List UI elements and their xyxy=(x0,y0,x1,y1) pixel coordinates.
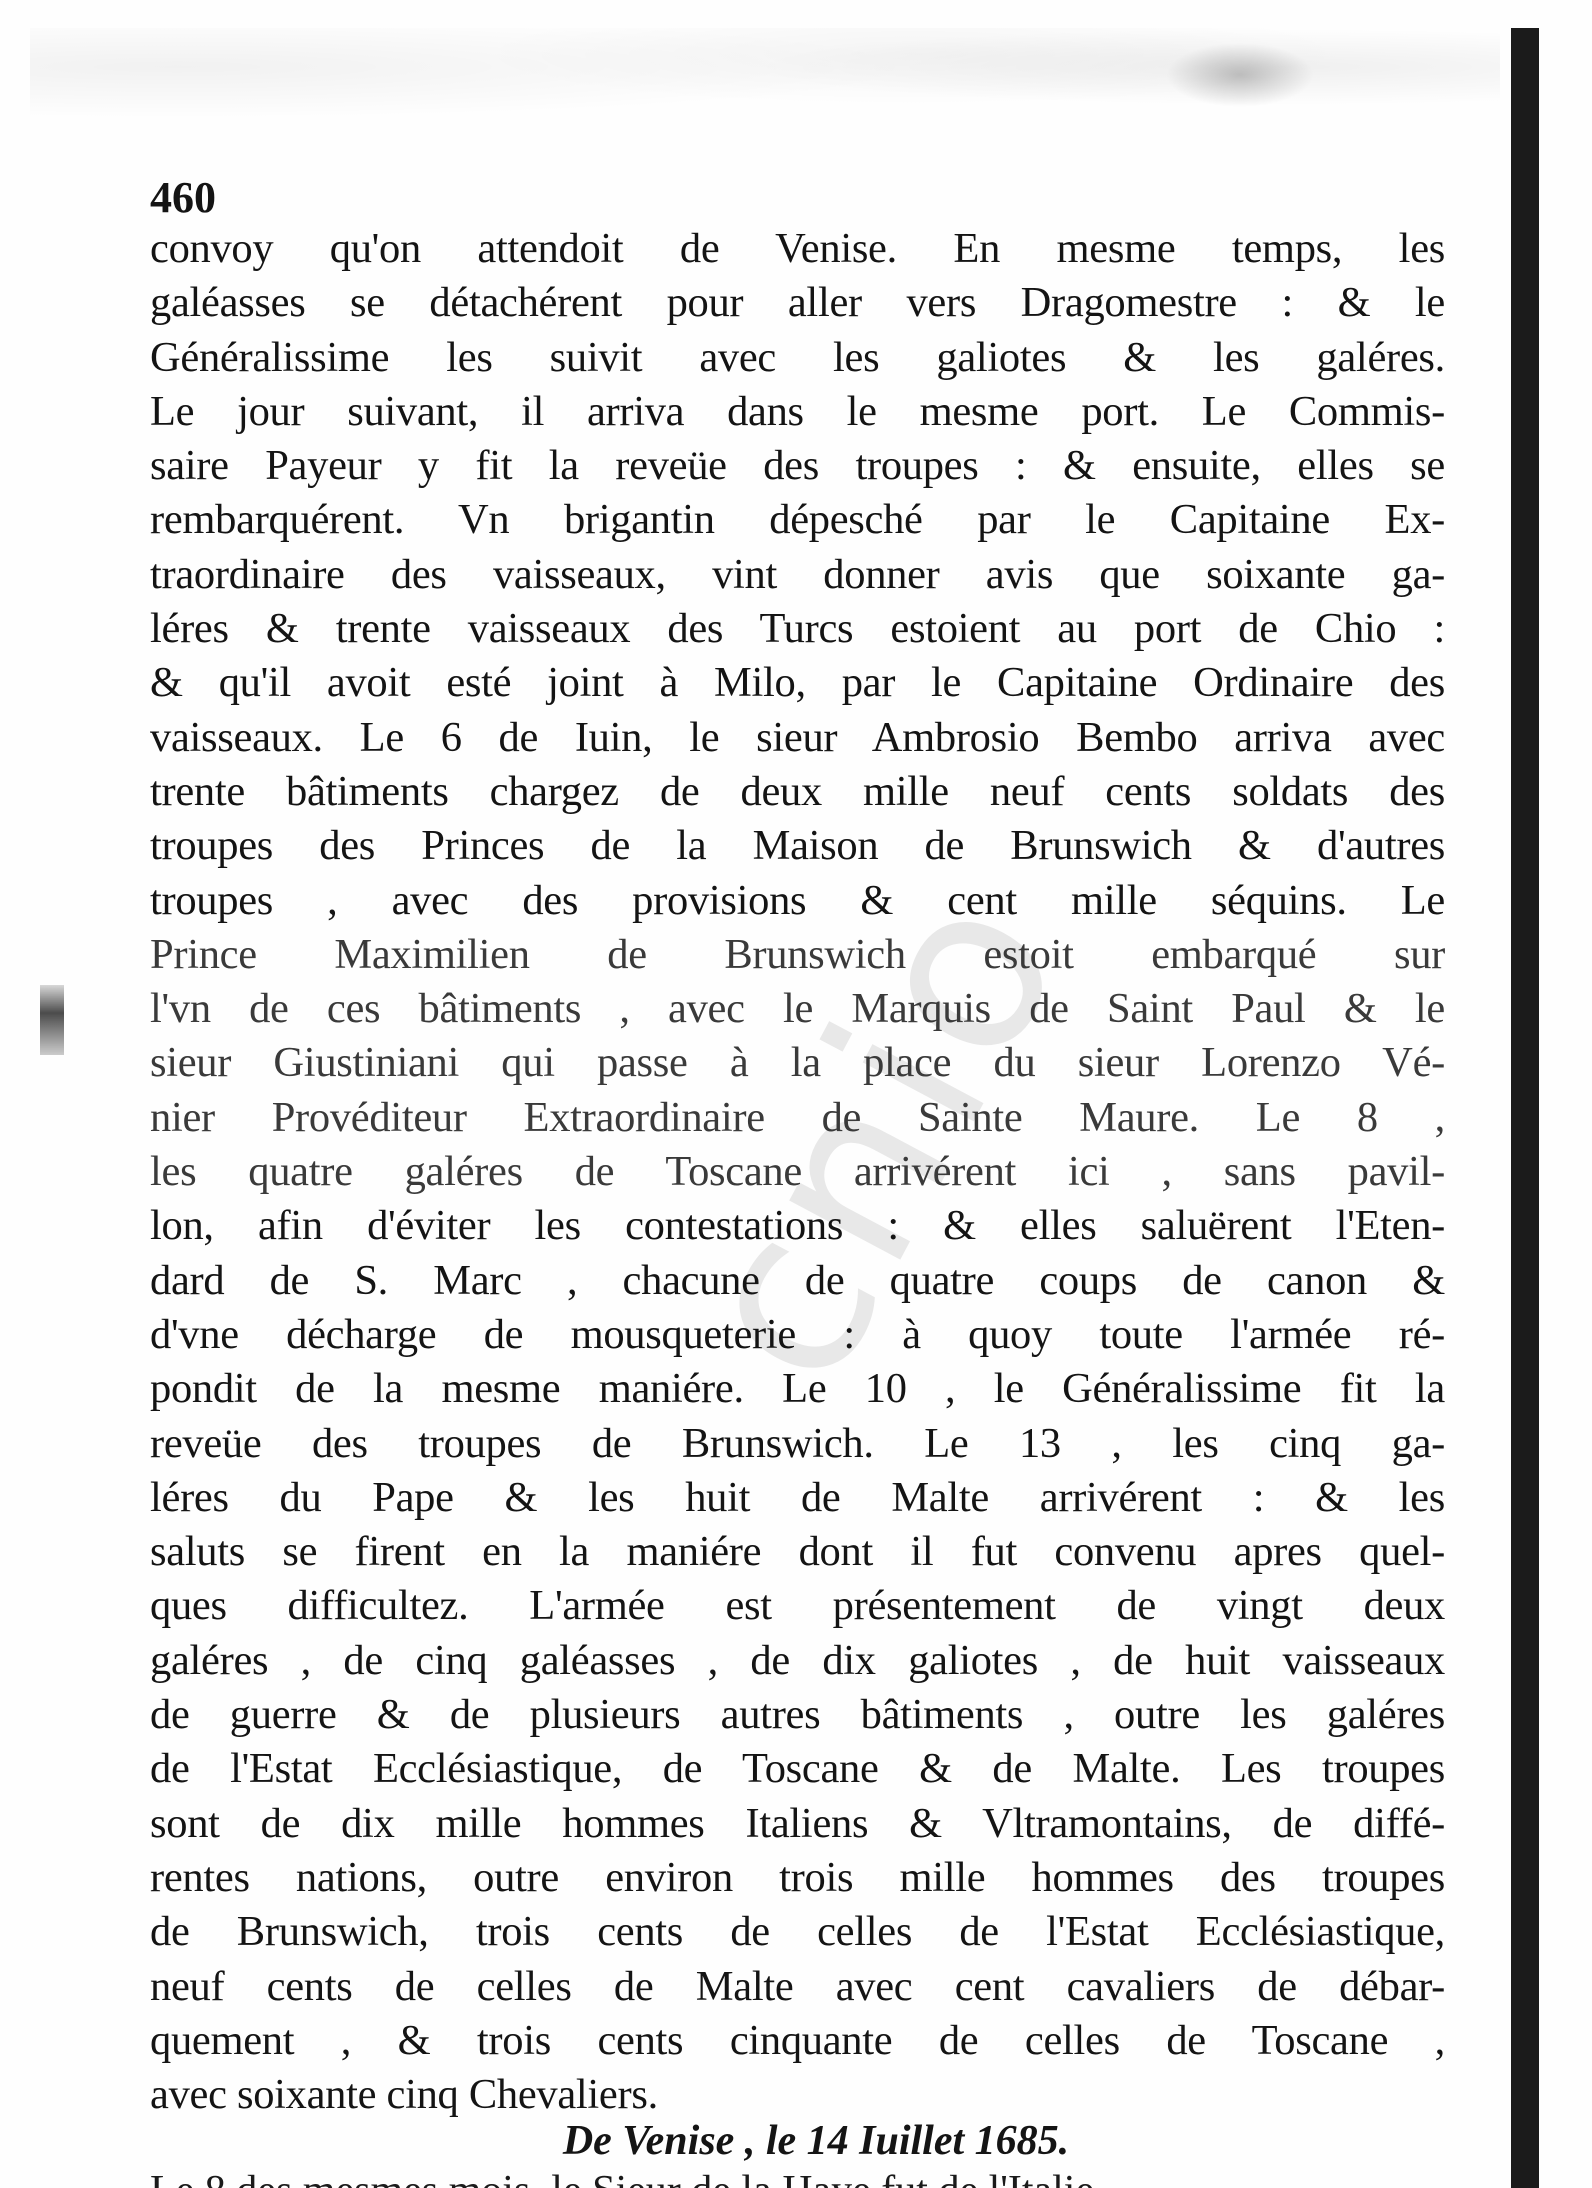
text-line: Prince Maximilien de Brunswich estoit em… xyxy=(150,928,1445,982)
text-line: traordinaire des vaisseaux, vint donner … xyxy=(150,548,1445,602)
text-line: troupes , avec des provisions & cent mil… xyxy=(150,874,1445,928)
text-line: d'vne décharge de mousqueterie : à quoy … xyxy=(150,1308,1445,1362)
text-line: reveüe des troupes de Brunswich. Le 13 ,… xyxy=(150,1417,1445,1471)
page-number: 460 xyxy=(150,176,216,220)
scanned-page: cnio 460 convoy qu'on attendoit de Venis… xyxy=(0,0,1592,2188)
text-line: Généralissime les suivit avec les galiot… xyxy=(150,331,1445,385)
text-line: lon, afin d'éviter les contestations : &… xyxy=(150,1199,1445,1253)
text-line: trente bâtiments chargez de deux mille n… xyxy=(150,765,1445,819)
cutoff-text-line: Le 8 des mesmes mois, le Sieur de la Hay… xyxy=(150,2170,1445,2188)
text-line: saluts se firent en la maniére dont il f… xyxy=(150,1525,1445,1579)
page-edge-border xyxy=(1511,28,1539,2188)
text-line: quement , & trois cents cinquante de cel… xyxy=(150,2014,1445,2068)
text-line: galéres , de cinq galéasses , de dix gal… xyxy=(150,1634,1445,1688)
text-line: léres du Pape & les huit de Malte arrivé… xyxy=(150,1471,1445,1525)
text-line: neuf cents de celles de Malte avec cent … xyxy=(150,1960,1445,2014)
text-line: rembarquérent. Vn brigantin dépesché par… xyxy=(150,493,1445,547)
text-line: sieur Giustiniani qui passe à la place d… xyxy=(150,1036,1445,1090)
text-line: dard de S. Marc , chacune de quatre coup… xyxy=(150,1254,1445,1308)
text-line: troupes des Princes de la Maison de Brun… xyxy=(150,819,1445,873)
dateline: De Venise , le 14 Iuillet 1685. xyxy=(0,2120,1592,2162)
text-line: saire Payeur y fit la reveüe des troupes… xyxy=(150,439,1445,493)
text-line: sont de dix mille hommes Italiens & Vltr… xyxy=(150,1797,1445,1851)
text-line: Le jour suivant, il arriva dans le mesme… xyxy=(150,385,1445,439)
text-line: léres & trente vaisseaux des Turcs estoi… xyxy=(150,602,1445,656)
text-line: de l'Estat Ecclésiastique, de Toscane & … xyxy=(150,1742,1445,1796)
text-line: vaisseaux. Le 6 de Iuin, le sieur Ambros… xyxy=(150,711,1445,765)
margin-mark xyxy=(40,985,64,1055)
text-line: de Brunswich, trois cents de celles de l… xyxy=(150,1905,1445,1959)
body-text: convoy qu'on attendoit de Venise. En mes… xyxy=(150,222,1445,2122)
text-line: de guerre & de plusieurs autres bâtiment… xyxy=(150,1688,1445,1742)
text-line: & qu'il avoit esté joint à Milo, par le … xyxy=(150,656,1445,710)
ink-smudge xyxy=(1160,40,1320,110)
text-line: pondit de la mesme maniére. Le 10 , le G… xyxy=(150,1362,1445,1416)
text-line: les quatre galéres de Toscane arrivérent… xyxy=(150,1145,1445,1199)
text-line: galéasses se détachérent pour aller vers… xyxy=(150,276,1445,330)
text-line: rentes nations, outre environ trois mill… xyxy=(150,1851,1445,1905)
text-line: ques difficultez. L'armée est présenteme… xyxy=(150,1579,1445,1633)
text-line: avec soixante cinq Chevaliers. xyxy=(150,2068,1445,2122)
text-line: nier Provéditeur Extraordinaire de Saint… xyxy=(150,1091,1445,1145)
text-line: l'vn de ces bâtiments , avec le Marquis … xyxy=(150,982,1445,1036)
text-line: convoy qu'on attendoit de Venise. En mes… xyxy=(150,222,1445,276)
